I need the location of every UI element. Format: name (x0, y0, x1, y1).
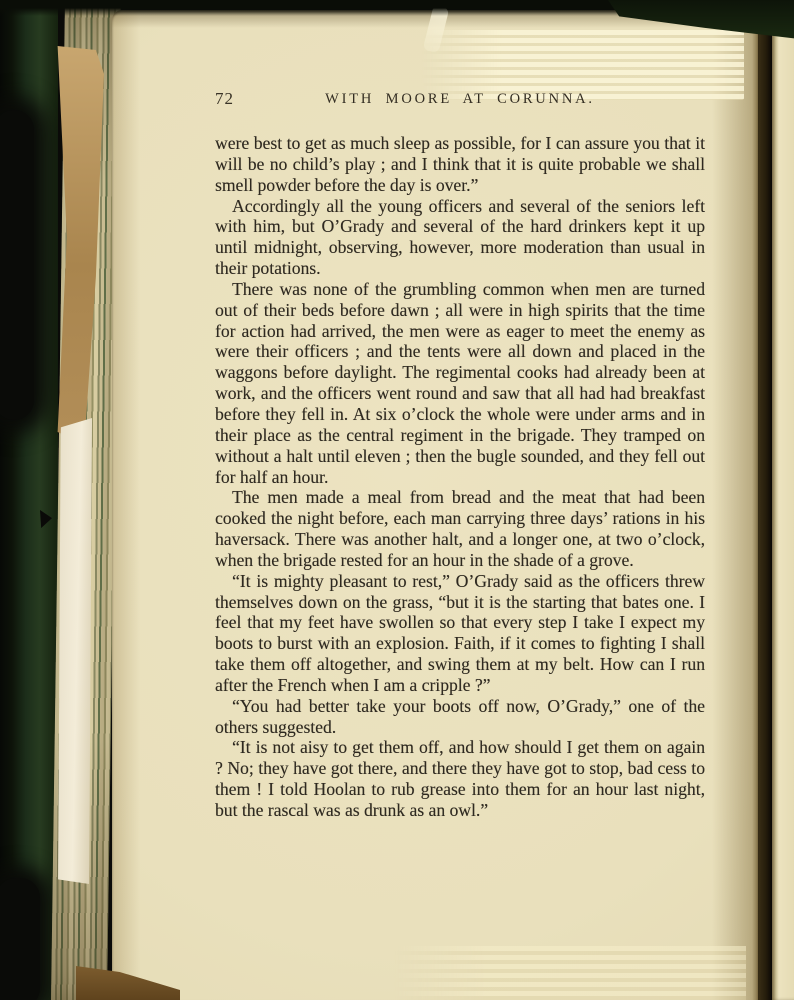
paragraph: Accordingly all the young officers and s… (215, 196, 705, 279)
cover-shadow-patch (0, 878, 40, 1000)
paragraph: “It is not aisy to get them off, and how… (215, 737, 705, 820)
running-title: WITH MOORE AT CORUNNA. (215, 88, 705, 108)
paragraph: were best to get as much sleep as possib… (215, 133, 705, 196)
paragraph: “You had better take your boots off now,… (215, 696, 705, 738)
next-page-edge (772, 0, 794, 1000)
left-cover (0, 0, 58, 1000)
gutter-crease (752, 0, 772, 1000)
bottom-edge-page-stack (394, 946, 746, 1000)
main-page: 72 WITH MOORE AT CORUNNA. were best to g… (112, 10, 758, 1000)
page-number: 72 (215, 89, 234, 109)
paragraph: The men made a meal from bread and the m… (215, 487, 705, 570)
printed-area: 72 WITH MOORE AT CORUNNA. were best to g… (215, 88, 705, 821)
page-text: were best to get as much sleep as possib… (215, 133, 705, 821)
page-header: 72 WITH MOORE AT CORUNNA. (215, 88, 705, 112)
cover-shadow-patch (0, 110, 34, 420)
paragraph: “It is mighty pleasant to rest,” O’Grady… (215, 571, 705, 696)
book-scan: 72 WITH MOORE AT CORUNNA. were best to g… (0, 0, 794, 1000)
paragraph: There was none of the grumbling common w… (215, 279, 705, 487)
